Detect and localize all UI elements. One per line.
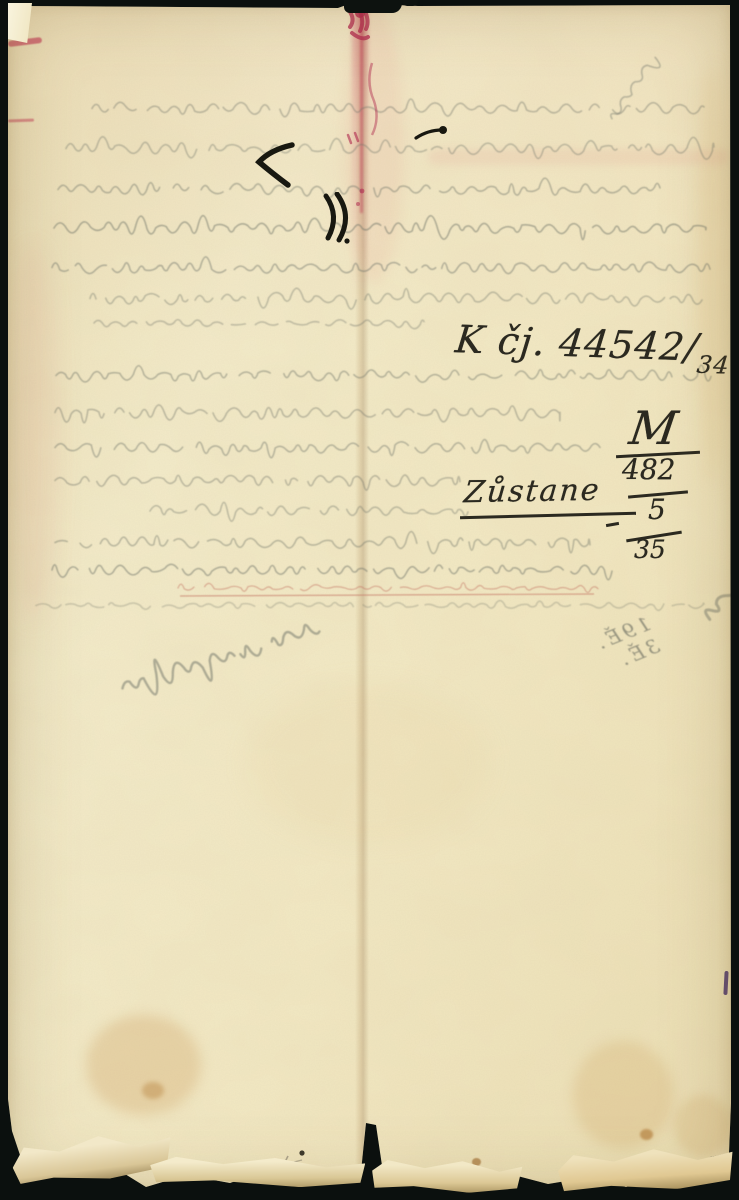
scan-edge-notch <box>344 0 402 13</box>
scanner-background: 19Ě. 3Ě. <box>0 0 739 1200</box>
scan-edge-notch <box>402 0 418 6</box>
document-paper: 19Ě. 3Ě. <box>8 3 731 1190</box>
edge-vignette <box>8 3 731 1190</box>
